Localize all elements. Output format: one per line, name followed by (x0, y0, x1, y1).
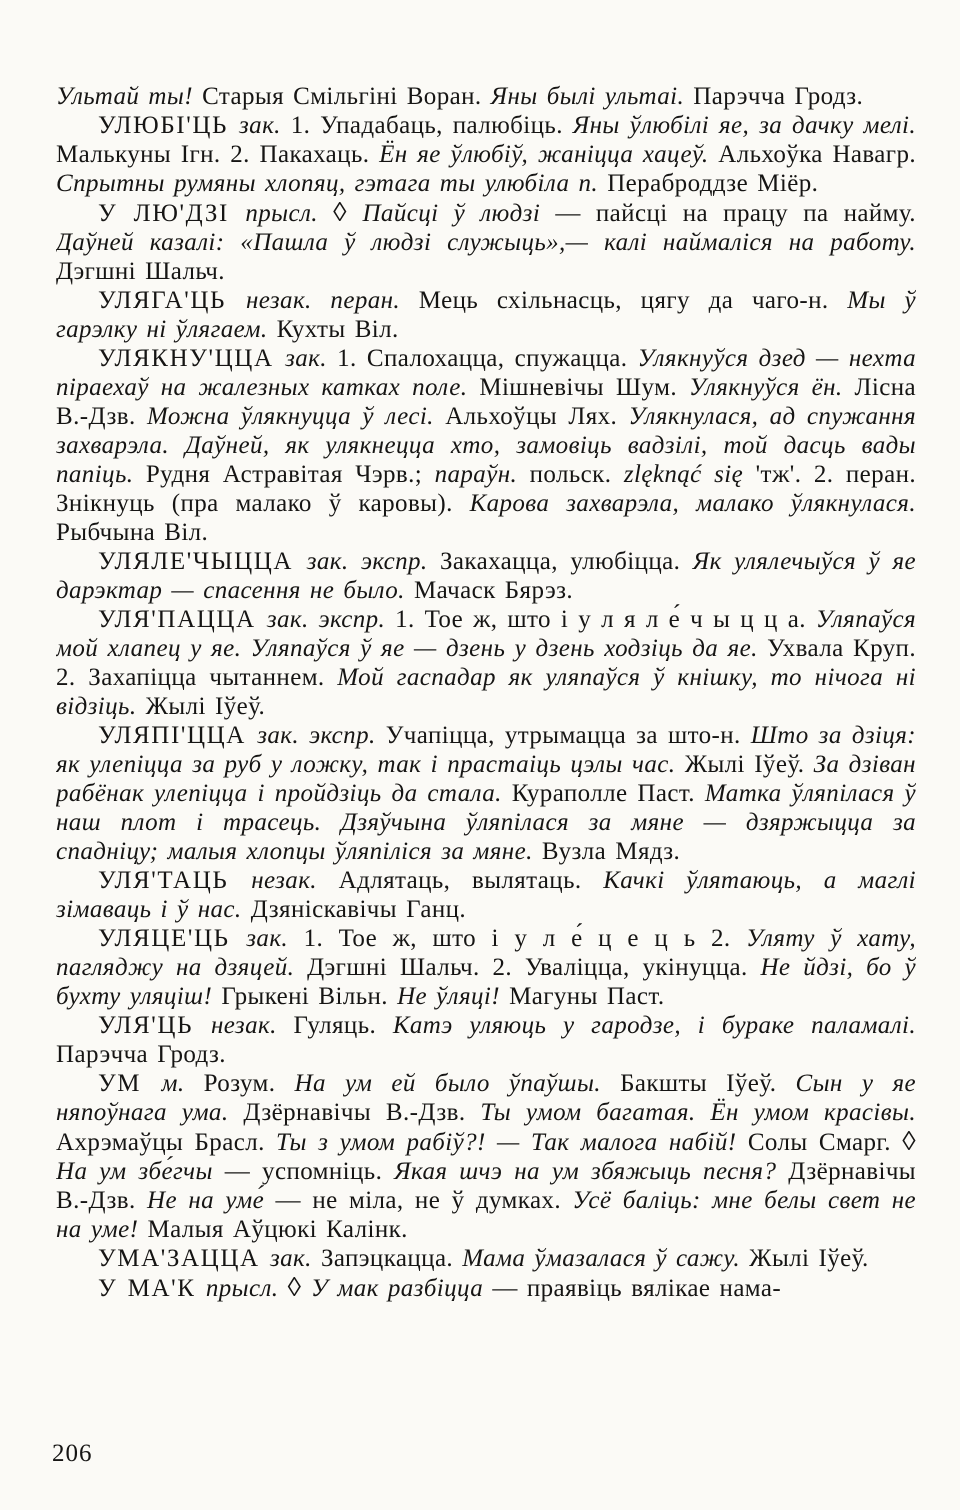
text-run: Солы Смарг. (748, 1129, 902, 1156)
example-text-run: зак. (270, 1245, 321, 1272)
example-text-run: зак. (285, 345, 337, 372)
text-run: 1. Спалохацца, спужацца. (337, 345, 638, 372)
dictionary-entry-paragraph: УЛЮБІ'ЦЬ зак. 1. Упадабаць, палюбіць. Ян… (56, 111, 916, 198)
text-run: Альхоўка Навагр. (718, 141, 916, 168)
diamond-icon: ◊ (333, 197, 362, 227)
example-text-run: На ум ей было ўпаўшы. (295, 1070, 621, 1097)
headword: УЛЯ'ТАЦЬ (98, 867, 251, 894)
example-text-run: Пайсці ў людзі (362, 200, 555, 227)
text-run: Учапіцца, утрымацца за што-н. (386, 722, 751, 749)
text-run: Розум. (204, 1070, 295, 1097)
text-run: Малыя Аўцюкі Калінк. (147, 1216, 407, 1243)
text-run: Грыкені Вільн. (221, 983, 397, 1010)
text-run: Мішневічы Шум. (479, 374, 689, 401)
text-run: Парэчча Гродз. (56, 1041, 226, 1068)
example-text-run: параўн. (435, 461, 530, 488)
diamond-icon: ◊ (902, 1126, 916, 1156)
text-run: Альхоўцы Лях. (445, 403, 628, 430)
headword: УЛЮБІ'ЦЬ (98, 112, 239, 139)
text-run: — пайсці на працу па найму. (555, 200, 916, 227)
headword: УЛЯЛЕ'ЧЫЦЦА (98, 548, 307, 575)
example-text-run: зак. экспр. (307, 548, 440, 575)
example-text-run: зак. экспр. (257, 722, 385, 749)
text-run: Рудня Астравітая Чэрв.; (146, 461, 435, 488)
example-text-run: Карова захварэла, малако ўлякнулася. (470, 490, 916, 517)
example-text-run: Спрытны румяны хлопяц, гэтага ты улюбіла… (56, 170, 607, 197)
text-run: Старыя Смільгіні Воран. (202, 83, 491, 110)
text-run: Дзяніскавічы Ганц. (251, 896, 466, 923)
text-run: Магуны Паст. (509, 983, 664, 1010)
text-run: — праявіць вялікае нама- (492, 1275, 781, 1302)
text-run: Гуляць. (293, 1012, 392, 1039)
headword: УМА'ЗАЦЦА (98, 1245, 270, 1272)
example-text-run: Можна ўлякнуцца ў лесі. (147, 403, 445, 430)
text-run: Ахрэмаўцы Брасл. (56, 1129, 276, 1156)
dictionary-entry-paragraph: УЛЯ'ЦЬ незак. Гуляць. Катэ уляюць у гаро… (56, 1011, 916, 1069)
headword: УЛЯГА'ЦЬ (98, 287, 246, 314)
example-text-run: Не на уме́ (147, 1187, 276, 1214)
text-run: Парэчча Гродз. (693, 83, 863, 110)
example-text-run: Улякнуўся ён. (689, 374, 855, 401)
example-text-run: Ён яе ўлюбіў, жаніцца хацеў. (379, 141, 718, 168)
text-run: Адлятаць, вылятаць. (339, 867, 604, 894)
example-text-run: У мак разбіцца (311, 1275, 492, 1302)
example-text-run: Яны былі ультаі. (491, 83, 694, 110)
dictionary-entry-paragraph: УМ м. Розум. На ум ей было ўпаўшы. Бакшт… (56, 1069, 916, 1244)
dictionary-entry-paragraph: УЛЯПІ'ЦЦА зак. экспр. Учапіцца, утрымацц… (56, 721, 916, 866)
example-text-run: зак. (239, 112, 291, 139)
headword: У МА'К (98, 1275, 206, 1302)
example-text-run: зак. экспр. (267, 606, 395, 633)
example-text-run: незак. (211, 1012, 294, 1039)
text-run: Дэгшні Шальч. 2. Уваліцца, укінуцца. (307, 954, 760, 981)
text-run: 2. (711, 925, 746, 952)
dictionary-entry-paragraph: УЛЯГА'ЦЬ незак. перан. Мець схільнасць, … (56, 286, 916, 344)
text-run: Малькуны Ігн. 2. Пакахаць. (56, 141, 379, 168)
dictionary-entry-paragraph: УЛЯЛЕ'ЧЫЦЦА зак. экспр. Закахацца, улюбі… (56, 547, 916, 605)
headword: У ЛЮ'ДЗІ (98, 200, 245, 227)
page-number: 206 (52, 1440, 93, 1468)
diamond-icon: ◊ (288, 1272, 311, 1302)
example-text-run: Катэ уляюць у гародзе, і бураке паламалі… (393, 1012, 916, 1039)
text-run: Дэгшні Шальч. (56, 258, 225, 285)
text-block: Ультай ты! Старыя Смільгіні Воран. Яны б… (56, 82, 916, 1438)
dictionary-entry-paragraph: Ультай ты! Старыя Смільгіні Воран. Яны б… (56, 82, 916, 111)
dictionary-entry-paragraph: У МА'К прысл. ◊ У мак разбіцца — праявіц… (56, 1273, 916, 1303)
example-text-run: Ты з умом рабіў?! — Так малога набій! (276, 1129, 748, 1156)
text-run: Вузла Мядз. (542, 838, 680, 865)
headword: УЛЯЦЕ'ЦЬ (98, 925, 246, 952)
example-text-run: прысл. (206, 1275, 288, 1302)
text-run: Дзёрнавічы В.-Дзв. (243, 1099, 480, 1126)
headword: УЛЯКНУ'ЦЦА (98, 345, 285, 372)
dictionary-entry-paragraph: УМА'ЗАЦЦА зак. Запэцкацца. Мама ўмазалас… (56, 1244, 916, 1273)
scanned-dictionary-page: Ультай ты! Старыя Смільгіні Воран. Яны б… (0, 0, 960, 1510)
dictionary-entry-paragraph: УЛЯЦЕ'ЦЬ зак. 1. Тое ж, што і у л е́ ц е… (56, 924, 916, 1011)
dictionary-entry-paragraph: У ЛЮ'ДЗІ прысл. ◊ Пайсці ў людзі — пайсц… (56, 198, 916, 286)
spaced-reference-run: у л е́ ц е ц ь (514, 925, 711, 952)
text-run: — успомніць. (225, 1158, 394, 1185)
text-run: 1. Упадабаць, палюбіць. (291, 112, 573, 139)
headword: УЛЯ'ПАЦЦА (98, 606, 267, 633)
example-text-run: Даўней казалі: «Пашла ў людзі служыць»,—… (56, 229, 916, 256)
headword: УЛЯ'ЦЬ (98, 1012, 211, 1039)
text-run: Мець схільнасць, цягу да чаго-н. (419, 287, 847, 314)
example-text-run: На ум збе́гчы (56, 1158, 225, 1185)
example-text-run: незак. перан. (246, 287, 419, 314)
example-text-run: прысл. (245, 200, 333, 227)
text-run: — не міла, не ў думках. (276, 1187, 573, 1214)
text-run: Рыбчына Віл. (56, 519, 208, 546)
headword: УЛЯПІ'ЦЦА (98, 722, 257, 749)
spaced-reference-run: у л я л е́ ч ы ц ц а. (578, 606, 816, 633)
text-run: Жылі Іўеў. (685, 751, 814, 778)
example-text-run: зак. (246, 925, 303, 952)
text-run: 1. Тое ж, што і (304, 925, 515, 952)
text-run: Запэцкацца. (321, 1245, 462, 1272)
text-run: польск. (530, 461, 624, 488)
text-run: 1. Тое ж, што і (395, 606, 578, 633)
example-text-run: zlęknąć się (624, 461, 756, 488)
text-run: Жылі Іўеў. (146, 693, 266, 720)
text-run: Пераброддзе Міёр. (607, 170, 818, 197)
text-run: Закахацца, улюбіцца. (440, 548, 693, 575)
text-run: Мачаск Бярэз. (414, 577, 573, 604)
example-text-run: Мама ўмазалася ў сажу. (462, 1245, 749, 1272)
example-text-run: Ультай ты! (56, 83, 202, 110)
dictionary-entry-paragraph: УЛЯКНУ'ЦЦА зак. 1. Спалохацца, спужацца.… (56, 344, 916, 547)
example-text-run: Не ўляці! (397, 983, 509, 1010)
text-run: Кухты Віл. (277, 316, 399, 343)
example-text-run: незак. (251, 867, 338, 894)
example-text-run: м. (161, 1070, 203, 1097)
dictionary-entry-paragraph: УЛЯ'ПАЦЦА зак. экспр. 1. Тое ж, што і у … (56, 605, 916, 721)
example-text-run: Яны ўлюбілі яе, за дачку мелі. (573, 112, 916, 139)
dictionary-entry-paragraph: УЛЯ'ТАЦЬ незак. Адлятаць, вылятаць. Качк… (56, 866, 916, 924)
text-run: Жылі Іўеў. (749, 1245, 869, 1272)
example-text-run: Якая шчэ на ум збяжыць песня? (394, 1158, 788, 1185)
text-run: Бакшты Іўеў. (620, 1070, 795, 1097)
headword: УМ (98, 1070, 161, 1097)
text-run: Кураполле Паст. (512, 780, 705, 807)
example-text-run: Ты умом багатая. Ён умом красівы. (480, 1099, 916, 1126)
